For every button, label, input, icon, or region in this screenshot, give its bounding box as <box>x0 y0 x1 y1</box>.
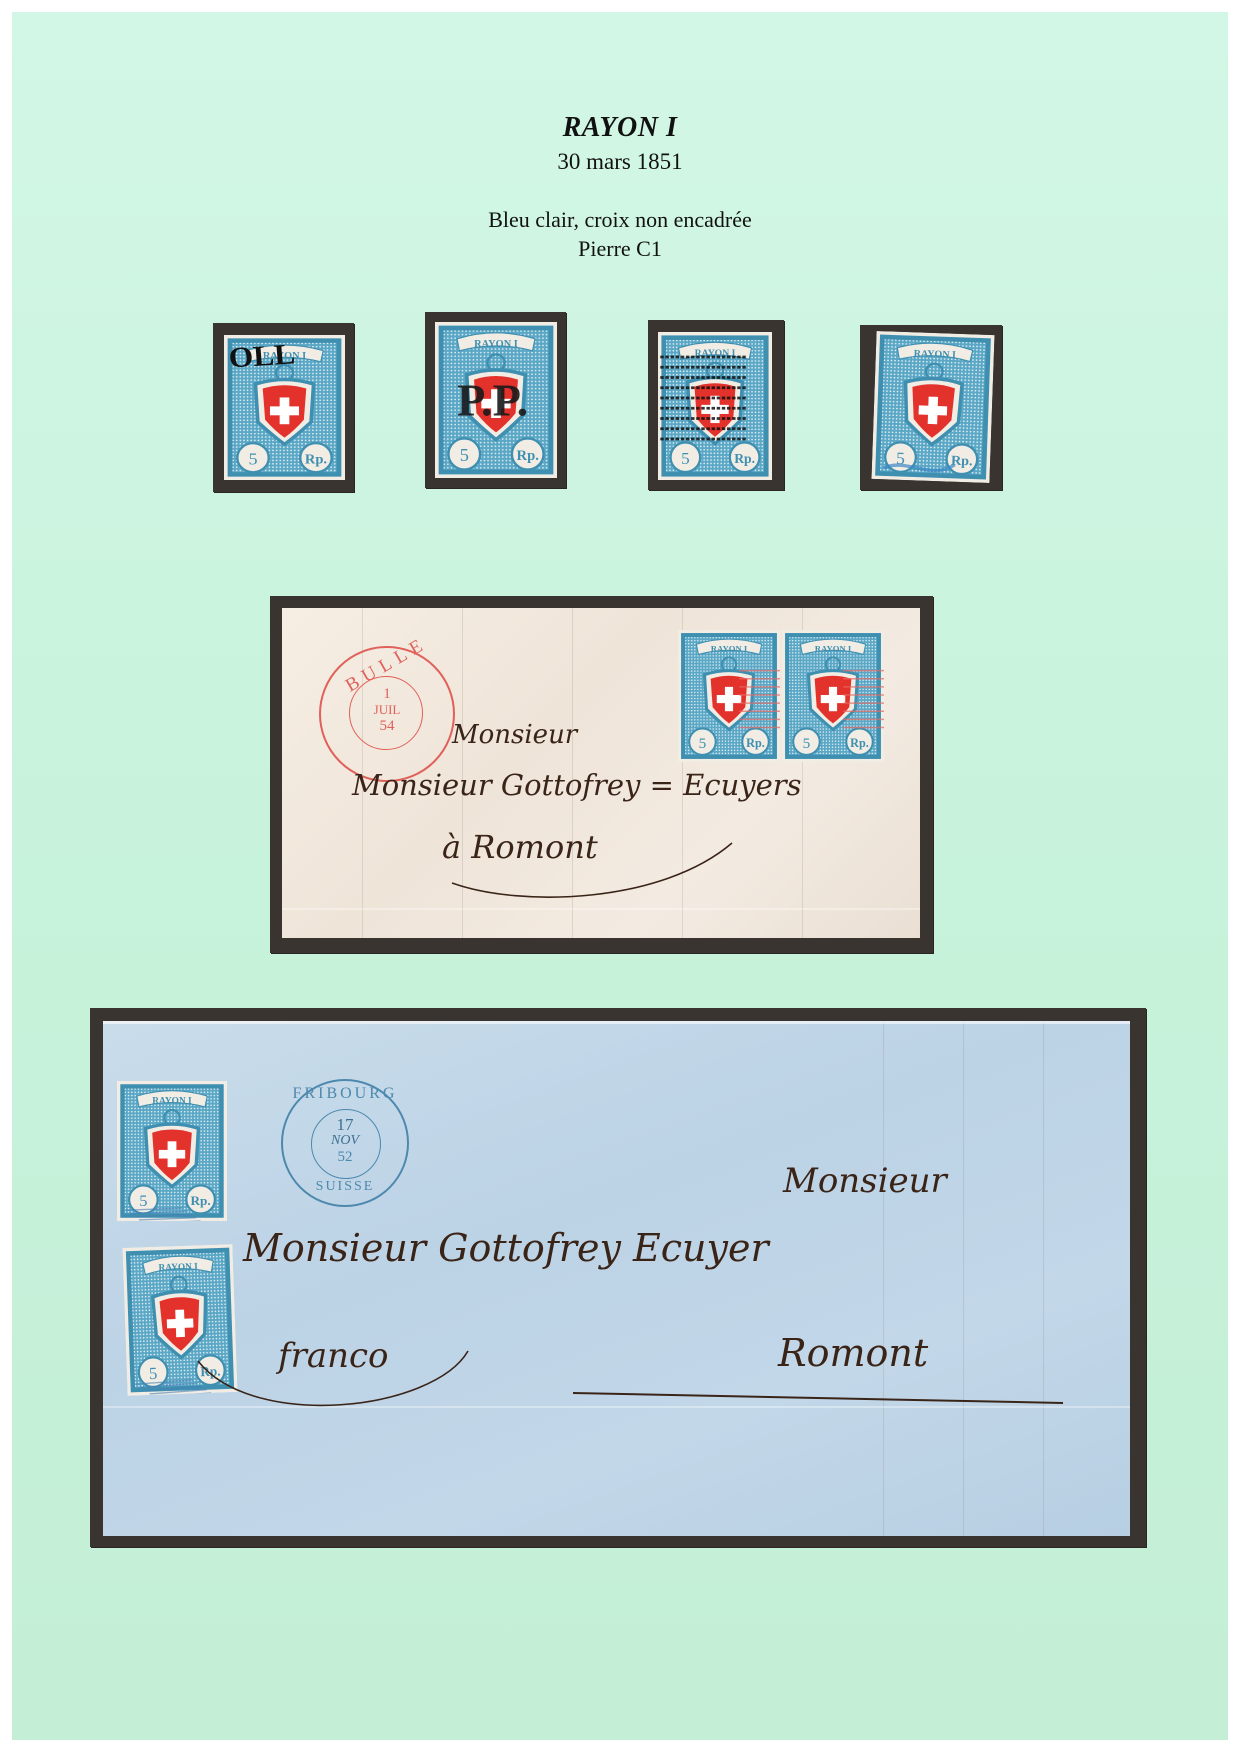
stamp-mount-4: RAYON I 5 Rp. <box>860 325 1002 490</box>
svg-text:5: 5 <box>249 449 258 468</box>
flourish-underline <box>432 833 762 903</box>
stamp-mount-1: RAYON I 5 Rp. OLL <box>213 323 354 492</box>
printing-stone: Pierre C1 <box>0 236 1240 262</box>
stamp-rayon-2: RAYON I 5 Rp. P.P. <box>435 322 557 478</box>
svg-text:5: 5 <box>139 1191 147 1210</box>
svg-text:Rp.: Rp. <box>191 1193 211 1208</box>
address-line-1: Monsieur <box>452 720 577 750</box>
svg-text:OLL: OLL <box>228 337 297 374</box>
svg-text:RAYON I: RAYON I <box>158 1262 198 1274</box>
svg-text:P.P.: P.P. <box>457 375 528 426</box>
cover-mount-1: BULLE 1 JUIL 54 RAYON I 5 Rp. RAYON I <box>270 596 933 953</box>
svg-text:5: 5 <box>699 735 707 752</box>
svg-text:RAYON I: RAYON I <box>711 643 748 653</box>
address-line-2: Monsieur Gottofrey Ecuyer <box>243 1226 769 1270</box>
stamp-rayon-3: RAYON I 5 Rp. <box>658 332 772 480</box>
stamp-description: Bleu clair, croix non encadrée <box>0 207 1240 233</box>
cover-mount-2: RAYON I 5 Rp. RAYON I 5 Rp. FRIBOURG <box>90 1008 1146 1547</box>
cover1-stamp-right: RAYON I 5 Rp. <box>782 630 884 762</box>
svg-text:RAYON I: RAYON I <box>474 339 518 350</box>
stamp-rayon-4: RAYON I 5 Rp. <box>871 331 994 483</box>
postmark-country: SUISSE <box>283 1179 407 1195</box>
cover2-stamp-top: RAYON I 5 Rp. <box>117 1081 227 1221</box>
svg-text:RAYON I: RAYON I <box>152 1097 192 1107</box>
flourish-underlines <box>103 1321 1130 1441</box>
issue-date: 30 mars 1851 <box>0 149 1240 175</box>
stamp-rayon-1: RAYON I 5 Rp. OLL <box>224 335 345 480</box>
cover-fribourg: RAYON I 5 Rp. RAYON I 5 Rp. FRIBOURG <box>103 1021 1130 1536</box>
svg-text:RAYON I: RAYON I <box>815 643 852 653</box>
svg-text:5: 5 <box>803 735 811 752</box>
svg-text:Rp.: Rp. <box>850 736 869 750</box>
postmark-bulle: BULLE 1 JUIL 54 <box>319 646 455 782</box>
cover-bulle: BULLE 1 JUIL 54 RAYON I 5 Rp. RAYON I <box>282 608 920 938</box>
svg-text:5: 5 <box>460 445 469 465</box>
svg-text:Rp.: Rp. <box>305 453 327 467</box>
svg-text:5: 5 <box>681 449 690 468</box>
svg-text:Rp.: Rp. <box>746 736 765 750</box>
svg-text:Rp.: Rp. <box>734 451 755 466</box>
svg-text:RAYON I: RAYON I <box>914 348 957 360</box>
postmark-town: FRIBOURG <box>283 1085 407 1103</box>
cover1-stamp-left: RAYON I 5 Rp. <box>678 630 780 762</box>
postmark-fribourg: FRIBOURG 17 NOV 52 SUISSE <box>281 1079 409 1207</box>
stamp-mount-3: RAYON I 5 Rp. <box>648 320 784 490</box>
address-line-2: Monsieur Gottofrey = Ecuyers <box>352 768 802 802</box>
svg-text:Rp.: Rp. <box>517 448 539 464</box>
address-line-1: Monsieur <box>783 1161 947 1201</box>
stamp-mount-2: RAYON I 5 Rp. P.P. <box>425 312 566 488</box>
page-title: RAYON I <box>0 112 1240 144</box>
